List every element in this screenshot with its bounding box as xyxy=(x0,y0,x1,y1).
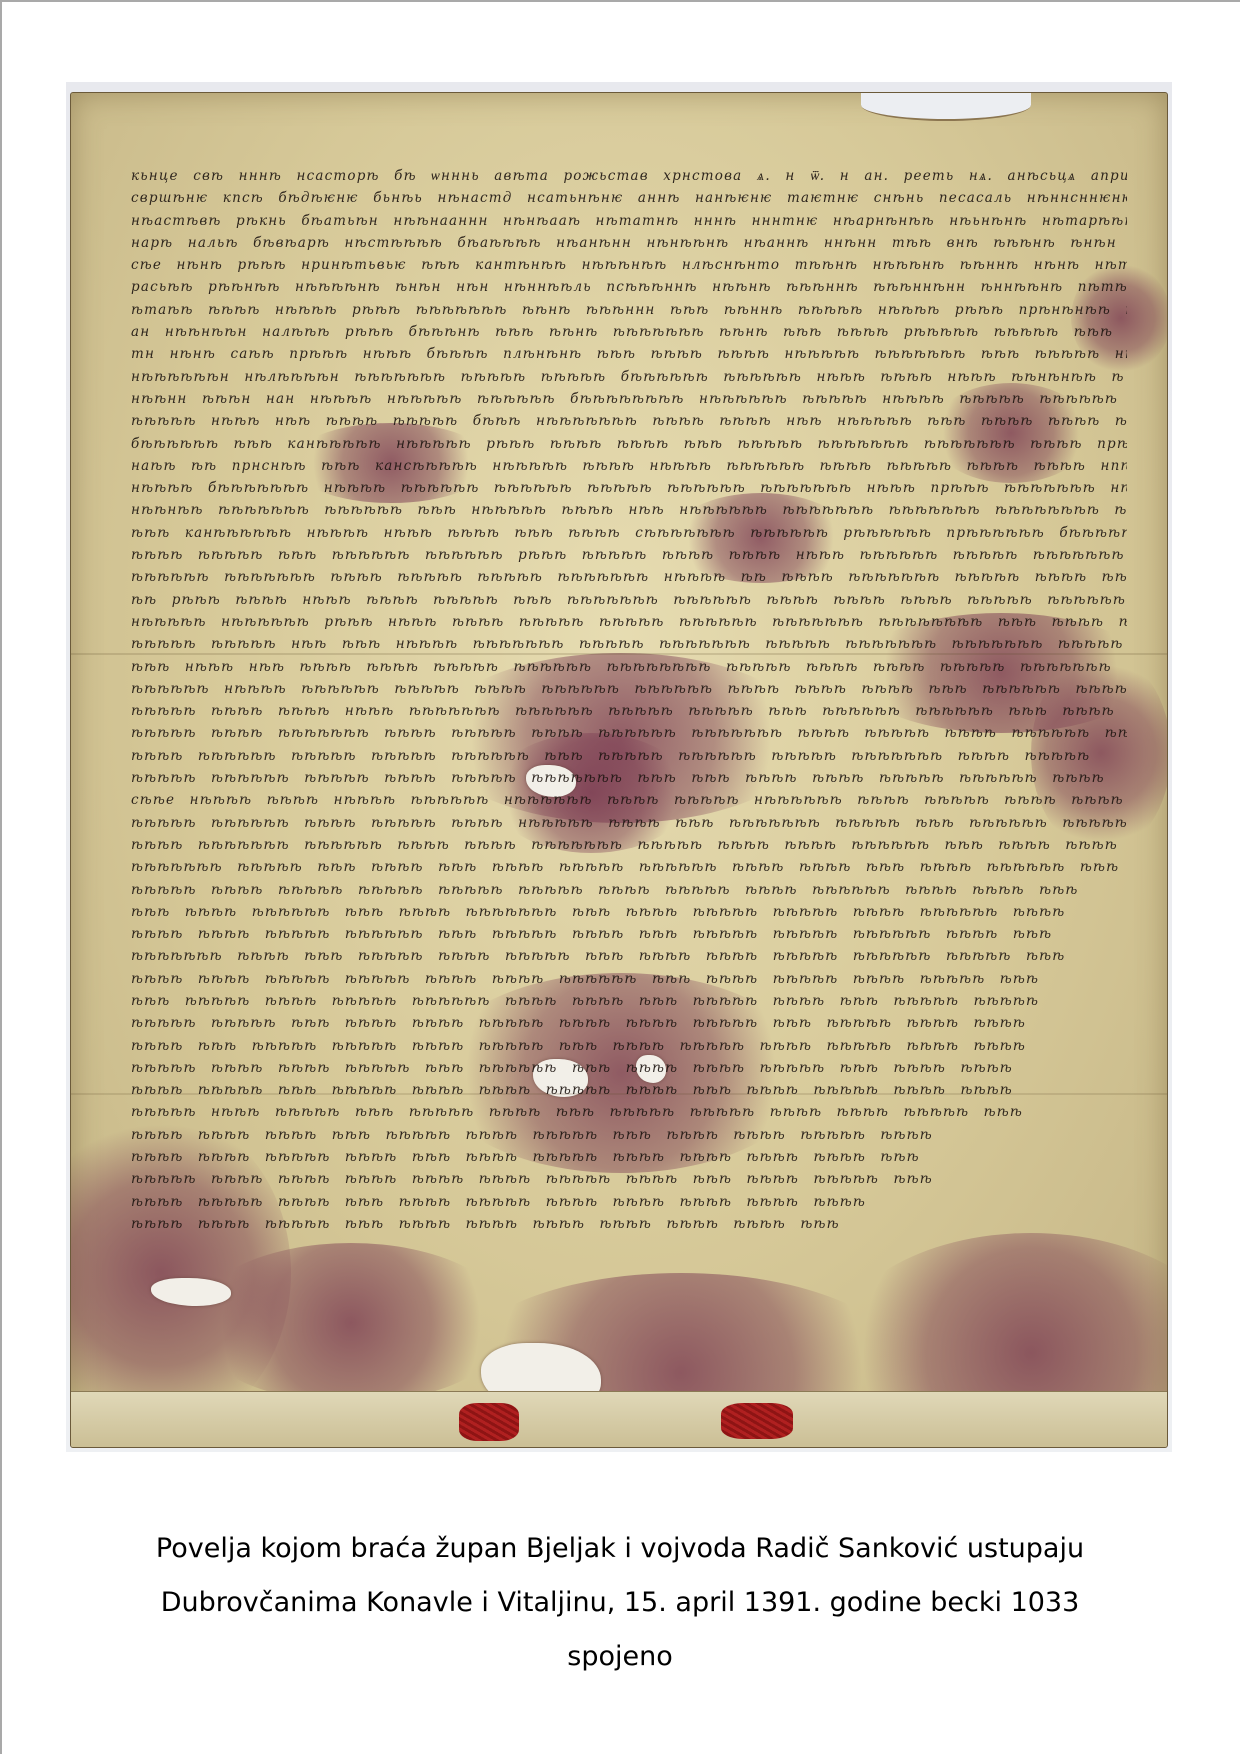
script-line: ѣѣѣѣѣ ѣѣѣѣ ѣѣѣѣ ѣѣѣѣѣ ѣѣѣ ѣѣѣѣѣѣ ѣѣѣ ѣѣѣ… xyxy=(131,1057,1127,1079)
caption: Povelja kojom braća župan Bjeljak i vojv… xyxy=(0,1522,1240,1684)
script-line: сѣе нѣнѣ рѣѣѣ нринѣтьвьѥ ѣѣѣ кантѣнѣѣ нѣ… xyxy=(131,254,1127,276)
script-line: ан нѣѣнѣѣн налѣѣѣ рѣѣѣ бѣѣѣнѣ ѣѣѣ ѣѣнѣ ѣ… xyxy=(131,321,1127,343)
script-line: тн нѣнѣ саѣѣ прѣѣѣ нѣѣѣ бѣѣѣѣ плѣнѣнѣ ѣѣ… xyxy=(131,343,1127,365)
script-line: сѣѣе нѣѣѣѣ ѣѣѣѣ нѣѣѣѣ ѣѣѣѣѣѣ нѣѣѣѣѣѣ ѣѣѣ… xyxy=(131,789,1127,811)
script-line: ѣѣѣѣѣ ѣѣѣѣ ѣѣѣѣѣѣѣ ѣѣѣѣ ѣѣѣѣѣ ѣѣѣѣ ѣѣѣѣѣ… xyxy=(131,722,1127,744)
caption-line-2: Dubrovčanima Konavle i Vitaljinu, 15. ap… xyxy=(0,1576,1240,1630)
script-line: ѣѣѣѣ ѣѣѣѣѣѣѣ ѣѣѣѣѣѣ ѣѣѣѣ ѣѣѣѣ ѣѣѣѣѣѣѣ ѣѣ… xyxy=(131,834,1127,856)
script-line: ѣѣ рѣѣѣ ѣѣѣѣ нѣѣѣ ѣѣѣѣ ѣѣѣѣѣ ѣѣѣ ѣѣѣѣѣѣѣ… xyxy=(131,589,1127,611)
script-line: нѣѣѣѣ бѣѣѣѣѣѣѣ нѣѣѣѣ ѣѣѣѣѣѣ ѣѣѣѣѣѣ ѣѣѣѣѣ… xyxy=(131,477,1127,499)
script-line: ѣѣѣ нѣѣѣ нѣѣ ѣѣѣѣ ѣѣѣѣ ѣѣѣѣѣ ѣѣѣѣѣѣ ѣѣѣѣ… xyxy=(131,656,1127,678)
script-line: ѣтаѣѣ ѣѣѣѣ нѣѣѣѣ рѣѣѣ ѣѣѣѣѣѣѣ ѣѣнѣ ѣѣѣнн… xyxy=(131,299,1127,321)
script-line: нарѣ нальѣ бѣвѣарѣ нѣстѣѣѣѣ бѣаѣѣѣѣ нѣан… xyxy=(131,232,1127,254)
script-line: ѣѣѣѣ ѣѣѣѣѣ ѣѣѣ ѣѣѣѣѣѣ ѣѣѣѣѣѣ рѣѣѣ ѣѣѣѣѣ … xyxy=(131,544,1127,566)
parchment: кьнце свѣ нннѣ нсасторѣ бѣ ѡнннь авѣта р… xyxy=(70,92,1168,1448)
script-line: ѣѣѣѣѣѣѣ ѣѣѣѣѣ ѣѣѣ ѣѣѣѣ ѣѣѣ ѣѣѣѣ ѣѣѣѣѣ ѣѣ… xyxy=(131,856,1127,878)
script-line: ѣѣѣѣ ѣѣѣѣ ѣѣѣѣѣ ѣѣѣ ѣѣѣѣ ѣѣѣѣ ѣѣѣѣ ѣѣѣѣ … xyxy=(131,1213,1127,1235)
script-line: ѣѣѣѣ ѣѣѣѣѣ ѣѣѣ ѣѣѣѣѣ ѣѣѣѣ ѣѣѣѣ ѣѣѣѣѣ ѣѣѣ… xyxy=(131,1079,1127,1101)
script-line: ѣѣѣѣ ѣѣѣѣѣ ѣѣѣѣ ѣѣѣ ѣѣѣѣ ѣѣѣѣѣ ѣѣѣѣ ѣѣѣѣ… xyxy=(131,1191,1127,1213)
script-line: ѣѣѣѣѣ нѣѣѣ нѣѣ ѣѣѣѣ ѣѣѣѣѣ бѣѣѣ нѣѣѣѣѣѣѣ … xyxy=(131,410,1127,432)
script-line: свршѣнѥ кпсѣ бѣдѣѥнѥ бьнѣь нѣнастд нсать… xyxy=(131,187,1127,209)
script-line: кьнце свѣ нннѣ нсасторѣ бѣ ѡнннь авѣта р… xyxy=(131,165,1127,187)
seal-cord-right xyxy=(721,1403,793,1439)
script-line: ѣѣѣѣѣ нѣѣѣ ѣѣѣѣѣ ѣѣѣ ѣѣѣѣѣ ѣѣѣѣ ѣѣѣ ѣѣѣѣ… xyxy=(131,1101,1127,1123)
script-line: ѣѣѣ ѣѣѣѣѣ ѣѣѣѣ ѣѣѣѣѣ ѣѣѣѣѣѣ ѣѣѣѣ ѣѣѣѣ ѣѣ… xyxy=(131,990,1127,1012)
script-line: бѣѣѣѣѣѣ ѣѣѣ канѣѣѣѣѣ нѣѣѣѣѣ рѣѣѣ ѣѣѣѣ ѣѣ… xyxy=(131,433,1127,455)
script-line: ѣѣѣѣ ѣѣѣѣ ѣѣѣѣ ѣѣѣ ѣѣѣѣѣ ѣѣѣѣ ѣѣѣѣѣ ѣѣѣ … xyxy=(131,1124,1127,1146)
script-line: ѣѣѣѣ ѣѣѣѣ ѣѣѣѣѣ ѣѣѣѣѣѣ ѣѣѣ ѣѣѣѣѣ ѣѣѣѣ ѣѣ… xyxy=(131,923,1127,945)
script-line: наѣѣ ѣѣ прнснѣѣ ѣѣѣ кансѣѣѣѣѣ нѣѣѣѣѣ ѣѣѣ… xyxy=(131,455,1127,477)
script-line: нѣѣѣѣѣѣн нѣлѣѣѣѣн ѣѣѣѣѣѣѣ ѣѣѣѣѣ ѣѣѣѣѣ бѣ… xyxy=(131,366,1127,388)
seal-cord-left xyxy=(459,1403,519,1441)
script-line: ѣѣѣѣѣ ѣѣѣѣѣѣ ѣѣѣѣ ѣѣѣѣѣ ѣѣѣѣ нѣѣѣѣѣ ѣѣѣѣ… xyxy=(131,812,1127,834)
script-line: ѣѣѣѣѣ ѣѣѣѣ ѣѣѣѣѣ ѣѣѣѣѣ ѣѣѣѣѣ ѣѣѣѣѣ ѣѣѣѣ … xyxy=(131,879,1127,901)
script-line: ѣѣѣѣ ѣѣѣ ѣѣѣѣѣ ѣѣѣѣѣ ѣѣѣѣ ѣѣѣѣѣ ѣѣѣ ѣѣѣѣ… xyxy=(131,1035,1127,1057)
script-line: ѣѣѣѣѣѣ ѣѣѣѣѣѣѣ ѣѣѣѣ ѣѣѣѣѣ ѣѣѣѣѣ ѣѣѣѣѣѣѣ … xyxy=(131,566,1127,588)
cyrillic-script-text: кьнце свѣ нннѣ нсасторѣ бѣ ѡнннь авѣта р… xyxy=(131,165,1127,1235)
script-line: ѣѣѣѣѣ ѣѣѣѣѣ ѣѣѣ ѣѣѣѣ ѣѣѣѣ ѣѣѣѣѣ ѣѣѣѣ ѣѣѣ… xyxy=(131,1012,1127,1034)
script-line: ѣѣѣѣ ѣѣѣѣ ѣѣѣѣѣ ѣѣѣѣѣ ѣѣѣѣ ѣѣѣѣ ѣѣѣѣѣѣ ѣ… xyxy=(131,968,1127,990)
script-line: ѣѣѣѣѣѣ нѣѣѣѣ ѣѣѣѣѣѣ ѣѣѣѣѣ ѣѣѣѣ ѣѣѣѣѣѣ ѣѣ… xyxy=(131,678,1127,700)
script-line: ѣѣѣѣѣѣѣ ѣѣѣѣ ѣѣѣ ѣѣѣѣѣ ѣѣѣѣ ѣѣѣѣѣ ѣѣѣ ѣѣ… xyxy=(131,945,1127,967)
script-line: нѣѣнн ѣѣѣн нан нѣѣѣѣ нѣѣѣѣѣ ѣѣѣѣѣѣ бѣѣѣѣ… xyxy=(131,388,1127,410)
script-line: ѣѣѣѣѣ ѣѣѣѣѣ нѣѣ ѣѣѣ нѣѣѣѣ ѣѣѣѣѣѣѣ ѣѣѣѣѣ … xyxy=(131,633,1127,655)
caption-line-3: spojeno xyxy=(0,1630,1240,1684)
script-line: ѣѣѣѣѣ ѣѣѣѣѣѣ ѣѣѣѣѣ ѣѣѣѣ ѣѣѣѣѣ ѣѣѣѣѣѣѣ ѣѣ… xyxy=(131,767,1127,789)
script-line: нѣастѣвѣ рѣкнь бѣатьѣн нѣѣнааннн нѣнѣааѣ… xyxy=(131,210,1127,232)
bottom-fold-flap xyxy=(71,1391,1167,1447)
script-line: нѣѣнѣѣ ѣѣѣѣѣѣѣ ѣѣѣѣѣѣ ѣѣѣ нѣѣѣѣѣ ѣѣѣѣ нѣ… xyxy=(131,499,1127,521)
script-line: ѣѣѣ ѣѣѣѣ ѣѣѣѣѣѣ ѣѣѣ ѣѣѣѣ ѣѣѣѣѣѣѣ ѣѣѣ ѣѣѣ… xyxy=(131,901,1127,923)
top-edge-notch xyxy=(861,92,1031,121)
script-line: ѣѣѣѣѣ ѣѣѣѣ ѣѣѣѣ нѣѣѣ ѣѣѣѣѣѣѣ ѣѣѣѣѣѣ ѣѣѣѣ… xyxy=(131,700,1127,722)
script-line: ѣѣѣѣ ѣѣѣѣ ѣѣѣѣѣ ѣѣѣѣ ѣѣѣ ѣѣѣѣ ѣѣѣѣѣ ѣѣѣѣ… xyxy=(131,1146,1127,1168)
caption-line-1: Povelja kojom braća župan Bjeljak i vojv… xyxy=(0,1522,1240,1576)
charter-scan-image: кьнце свѣ нннѣ нсасторѣ бѣ ѡнннь авѣта р… xyxy=(66,82,1172,1452)
script-line: ѣѣѣ канѣѣѣѣѣѣ нѣѣѣѣ нѣѣѣ ѣѣѣѣ ѣѣѣ ѣѣѣѣ с… xyxy=(131,522,1127,544)
script-line: расьѣѣ рѣѣнѣѣ нѣѣѣѣнѣ ѣнѣн нѣн нѣннѣѣль … xyxy=(131,276,1127,298)
script-line: ѣѣѣѣѣ ѣѣѣѣ ѣѣѣѣ ѣѣѣѣ ѣѣѣѣ ѣѣѣѣ ѣѣѣѣѣ ѣѣѣ… xyxy=(131,1168,1127,1190)
script-line: ѣѣѣѣ ѣѣѣѣѣѣ ѣѣѣѣѣ ѣѣѣѣѣ ѣѣѣѣѣѣ ѣѣѣ ѣѣѣѣѣ… xyxy=(131,745,1127,767)
script-line: нѣѣѣѣѣ нѣѣѣѣѣѣ рѣѣѣ нѣѣѣ ѣѣѣѣ ѣѣѣѣѣ ѣѣѣѣ… xyxy=(131,611,1127,633)
